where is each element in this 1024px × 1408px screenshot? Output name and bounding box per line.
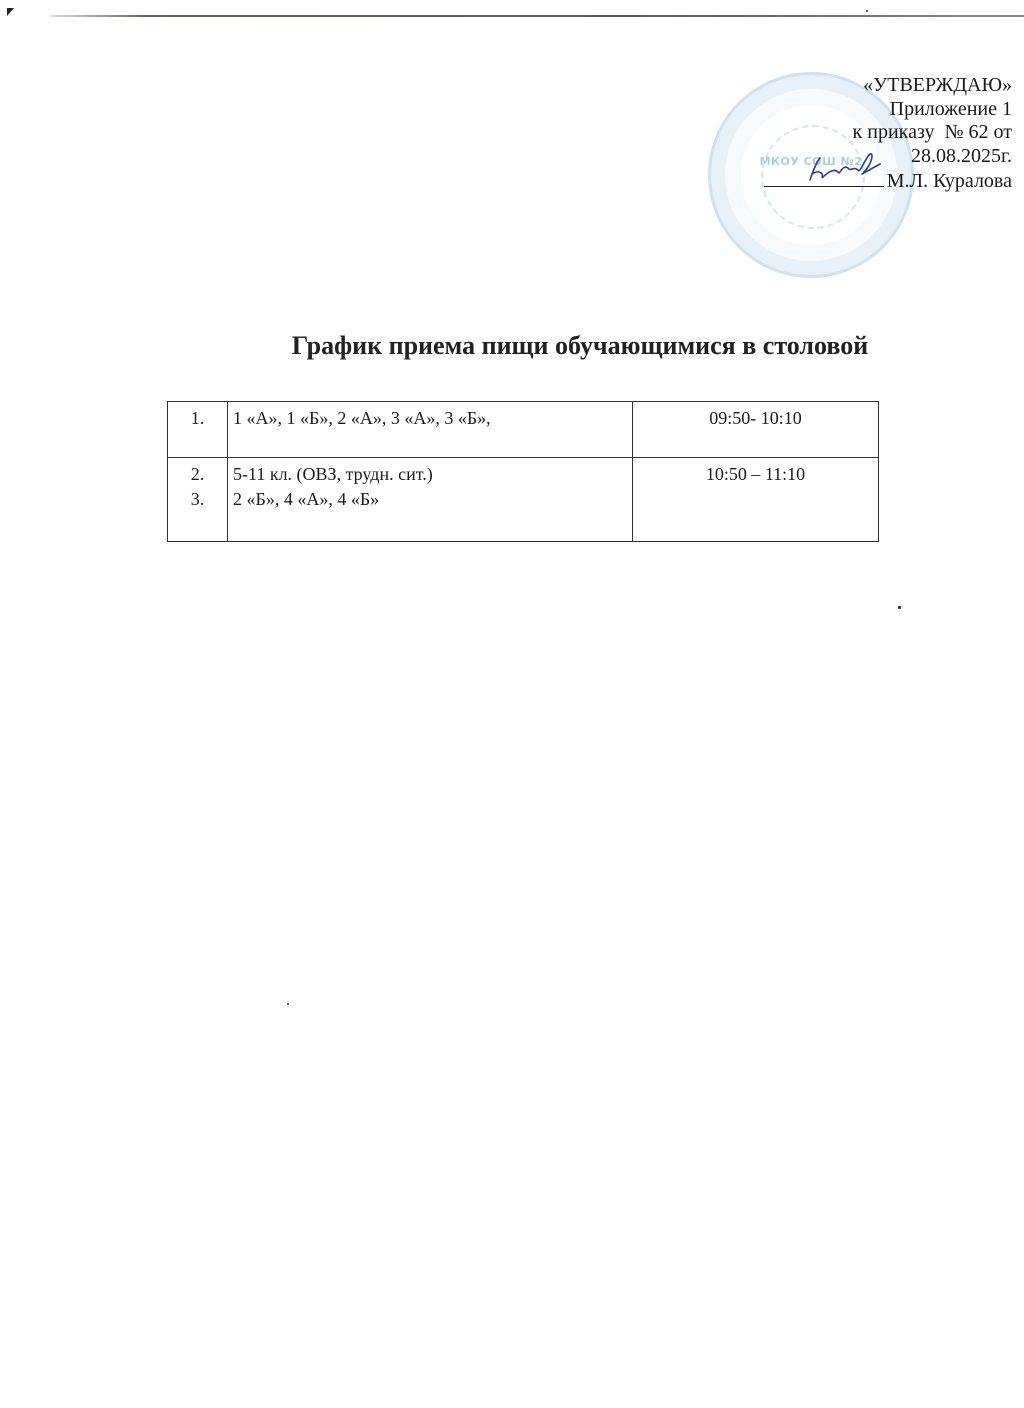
signature-line [764, 168, 884, 187]
scan-speck [898, 606, 901, 609]
scan-speck [866, 10, 868, 12]
class-list: 1 «А», 1 «Б», 2 «А», 3 «А», 3 «Б», [228, 402, 633, 458]
scan-corner-mark [7, 8, 14, 16]
approval-block: «УТВЕРЖДАЮ» Приложение 1 к приказу № 62 … [764, 74, 1012, 194]
page-title: График приема пищи обучающимися в столов… [0, 331, 1024, 361]
signature-icon [804, 150, 884, 186]
top-scan-edge [50, 15, 1024, 17]
class-list: 5-11 кл. (ОВЗ, трудн. сит.) 2 «Б», 4 «А»… [228, 458, 633, 542]
order-date: 28.08.2025г. [764, 145, 1012, 169]
table-row: 1. 1 «А», 1 «Б», 2 «А», 3 «А», 3 «Б», 09… [168, 402, 879, 458]
row-number: 1. [168, 402, 228, 458]
signature-row: М.Л. Куралова [764, 168, 1012, 194]
meal-schedule-table: 1. 1 «А», 1 «Б», 2 «А», 3 «А», 3 «Б», 09… [167, 401, 879, 542]
appendix-label: Приложение 1 [764, 98, 1012, 122]
approval-heading: «УТВЕРЖДАЮ» [764, 74, 1012, 98]
meal-time: 10:50 – 11:10 [633, 458, 879, 542]
row-number: 2. 3. [168, 458, 228, 542]
meal-time: 09:50- 10:10 [633, 402, 879, 458]
order-reference: к приказу № 62 от [764, 121, 1012, 145]
scan-speck [287, 1003, 289, 1005]
signatory-name: М.Л. Куралова [887, 170, 1012, 192]
table-row: 2. 3. 5-11 кл. (ОВЗ, трудн. сит.) 2 «Б»,… [168, 458, 879, 542]
